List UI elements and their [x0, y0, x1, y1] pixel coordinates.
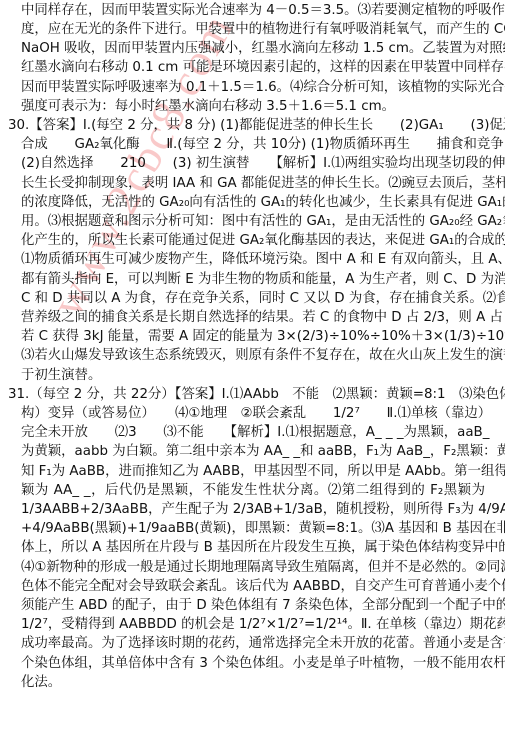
text-line: 度，应在无光的条件下进行。甲装置中的植物进行有氧呼吸消耗氧气，而产生的 CO₂被: [21, 20, 485, 39]
text-line: 红墨水滴向右移动 0.1 cm 可能是环境因素引起的，这样的因素在甲装置中同样存…: [21, 58, 485, 77]
text-line: 强度可表示为：每小时红墨水滴向右移动 3.5＋1.6＝5.1 cm。: [21, 97, 485, 116]
text-line: 的浓度降低，无活性的 GA₂₀向有活性的 GA₁的转化也减少，生长素具有促进 G…: [21, 193, 485, 212]
answer-31-heading: 31.（每空 2 分，共 22分）【答案】Ⅰ.⑴AAbb 不能 ⑵黑颖：黄颖=8…: [8, 385, 485, 404]
text-line: 中同样存在，因而甲装置实际光合速率为 4－0.5＝3.5。⑶若要测定植物的呼吸作…: [21, 1, 485, 20]
text-line: 合成 GA₂氧化酶 Ⅱ.(每空 2 分，共 10分) (1)物质循环再生 捕食和…: [21, 135, 485, 154]
text-line: 构）变异（或答易位） ⑷①地理 ②联会紊乱 1/2⁷ Ⅱ.⑴单核（靠边）: [21, 404, 485, 423]
text-line: 个染色体组，其单倍体中含有 3 个染色体组。小麦是单子叶植物，一般不能用农杆菌转: [21, 654, 485, 673]
answer-30-heading: 30.【答案】Ⅰ.(每空 2 分，共 8 分) (1)都能促进茎的伸长生长 (2…: [8, 116, 485, 135]
text-line: 须能产生 ABD 的配子，由于 D 染色体组有 7 条染色体，全部分配到一个配子…: [21, 596, 485, 615]
text-line: ⑴物质循环再生可减少废物产生，降低环境污染。图中 A 和 E 有双向箭头，且 A…: [21, 250, 485, 269]
text-line: ⑶若火山爆发导致该生态系统毁灭，则原有条件不复存在，故在火山灰上发生的演替属: [21, 346, 485, 365]
text-line: 用。⑶根据题意和图示分析可知：图中有活性的 GA₁，是由无活性的 GA₂₀经 G…: [21, 212, 485, 231]
text-line: 色体不能完全配对会导致联会紊乱。该后代为 AABBD，自交产生可育普通小麦个体，…: [21, 577, 485, 596]
text-line: 若 C 获得 3kJ 能量，需要 A 固定的能量为 3×(2/3)÷10%÷10…: [21, 327, 485, 346]
text-line: 知 F₁为 AaBB，进而推知乙为 AABB，甲基因型不同，所以甲是 AAbb。…: [21, 462, 485, 481]
text-line: (2)自然选择 210 (3) 初生演替 【解析】Ⅰ.⑴两组实验均出现茎切段的伸: [21, 154, 485, 173]
text-line: 1/2⁷，受精得到 AABBDD 的机会是 1/2⁷×1/2⁷=1/2¹⁴。Ⅱ.…: [21, 615, 485, 634]
text-line: 成功率最高。为了选择该时期的花药，通常选择完全未开放的花蕾。普通小麦是含有 6: [21, 634, 485, 653]
text-line: 为黄颖，aabb 为白颖。第二组中亲本为 AA_ _和 aaBB，F₁为 AaB…: [21, 442, 485, 461]
text-line: 长生长受抑制现象，表明 IAA 和 GA 都能促进茎的伸长生长。⑵豌豆去顶后，茎…: [21, 174, 485, 193]
text-line: +4/9AaBB(黑颖)+1/9aaBB(黄颖)，即黑颖：黄颖=8:1。⑶A 基…: [21, 519, 485, 538]
text-line: NaOH 吸收，因而甲装置内压强减小，红墨水滴向左移动 1.5 cm。乙装置为对…: [21, 39, 485, 58]
document-page: www.2cbc8.com 中同样存在，因而甲装置实际光合速率为 4－0.5＝3…: [0, 0, 505, 744]
text-line: 于初生演替。: [21, 366, 485, 385]
text-line: 化产生的，所以生长素可能通过促进 GA₂氧化酶基因的表达，来促进 GA₁的合成的…: [21, 231, 485, 250]
text-line: 1/3AABB+2/3AaBB，产生配子为 2/3AB+1/3aB，随机授粉，则…: [21, 500, 485, 519]
text-line: C 和 D 共同以 A 为食，存在竞争关系，同时 C 又以 D 为食，存在捕食关…: [21, 289, 485, 308]
text-line: 完全未开放 ⑵3 ⑶不能 【解析】Ⅰ.⑴根据题意，A_ _ _为黑颖，aaB_: [21, 423, 485, 442]
text-line: 因而甲装置实际呼吸速率为 0.1＋1.5＝1.6。⑷综合分析可知，该植物的实际光…: [21, 78, 485, 97]
text-line: 颖为 AA_ _，后代仍是黑颖，不能发生性状分离。⑵第二组得到的 F₂黑颖为: [21, 481, 485, 500]
text-line: ⑷①新物种的形成一般是通过长期地理隔离导致生殖隔离，但并不是必然的。②同源染: [21, 558, 485, 577]
text-line: 都有箭头指向 E，可以判断 E 为非生物的物质和能量，A 为生产者，则 C、D …: [21, 270, 485, 289]
text-line: 体上，所以 A 基因所在片段与 B 基因所在片段发生互换，属于染色体结构变异中的…: [21, 538, 485, 557]
text-line: 营养级之间的捕食关系是长期自然选择的结果。若 C 的食物中 D 占 2/3，则 …: [21, 308, 485, 327]
text-line: 化法。: [21, 673, 485, 692]
